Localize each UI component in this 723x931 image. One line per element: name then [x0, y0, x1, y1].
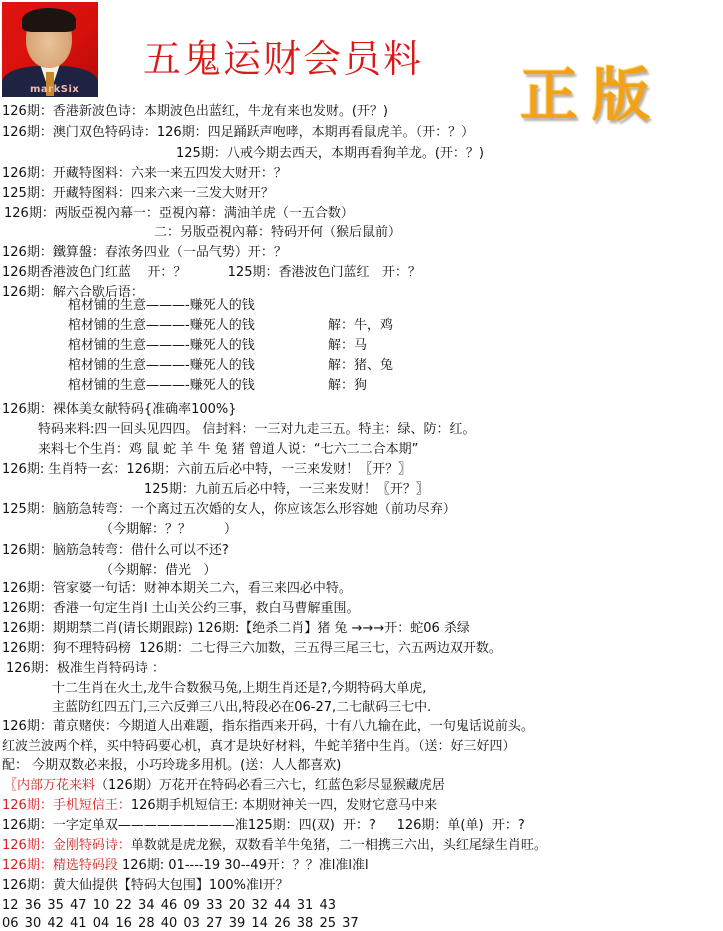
highlight-text: 单数就是虎龙猴，双数看羊牛兔猪，二一相携三六出，头红尾绿生肖旺。	[131, 838, 547, 853]
text-line: 二：另版亞視內幕：特码开何（猴后鼠前）	[154, 224, 401, 241]
text-line: （今期解：借光 ）	[100, 562, 216, 579]
photo-hair	[22, 8, 76, 32]
text-line: 125期：开藏特图料：四来六来一三发大财开？	[2, 185, 274, 202]
text-line: 主蓝防红四五门,三六反弹三八出,特段必在06-27,二七献码三七中.	[52, 699, 431, 716]
highlight-text: 126期：一字定单双—————————准125期：四(双) 开：? 126期：单…	[2, 818, 525, 833]
text-line: 126期：管家婆一句话：财神本期关二六，看三来四必中特。	[2, 580, 352, 597]
highlight-label: 126期：手机短信王：	[2, 798, 131, 813]
text-line: 来料七个生肖：鸡 鼠 蛇 羊 牛 兔 猪 曾道人说：“七六二二合本期”	[38, 441, 418, 458]
text-line: （今期解：？？ ）	[100, 521, 237, 538]
text-line: 126期：期期禁二肖(请长期跟踪) 126期:【绝杀二肖】猪 兔 →→→开：蛇0…	[2, 620, 470, 637]
riddle-phrase: 棺材铺的生意———-赚死人的钱	[68, 357, 255, 374]
text-line: 126期：鐵算盤：春浓务四业（一品气势）开：？	[2, 244, 287, 261]
portrait-photo: markSix	[2, 2, 98, 97]
text-line: 125期：八戒今期去西天，本期再看狗羊龙。(开：？)	[176, 145, 484, 162]
highlight-text: （126期）万花开在特码必看三六七，红蓝色彩尽显猴藏虎居	[95, 778, 445, 793]
riddle-answer: 解：猪、兔	[328, 357, 393, 374]
highlight-line: 126期：精选特码段 126期: 01----19 30--49开：？？准l准l…	[2, 857, 369, 874]
text-line: 126期：香港新波色诗：本期波色出蓝红，牛龙有来也发财。(开？)	[2, 103, 388, 120]
text-line: 红波兰波两个样，买中特码要心机，真才是块好材料，牛蛇羊猪中生肖。（送：好三好四）	[2, 738, 516, 755]
text-line: 126期：莆京赌侠：今期道人出难题，指东指西来开码，十有八九输在此，一句鬼话说前…	[2, 718, 534, 735]
text-line: 126期：开藏特图料：六来一来五四发大财开：？	[2, 165, 287, 182]
text-line: 126期：香港一句定生肖l 土山关公约三事，救白马曹解重围。	[2, 600, 360, 617]
number-row-2: 06 30 42 41 04 16 28 40 03 27 39 14 26 3…	[2, 915, 359, 931]
text-line: 十二生肖在火土,龙牛合数猴马兔,上期生肖还是?,今期特码大单虎,	[52, 680, 426, 697]
text-line: 125期：九前五后必中特，一三来发财！〖开？〗	[144, 481, 429, 498]
text-line: 126期：极准生肖特码诗 ：	[6, 660, 165, 677]
text-line: 126期: 生肖特一玄：126期：六前五后必中特，一三来发财！〖开？〗	[2, 461, 411, 478]
text-line: 126期：澳门双色特码诗：126期：四足踊跃声咆哮，本期再看鼠虎羊。（开：？）	[2, 124, 474, 141]
text-line: 特码来料:四一回头见四四。 信封料：一三对九走三五。特主：绿、防：红。	[38, 421, 476, 438]
highlight-text: 126期：黄大仙提供【特码大包围】100%准l开？	[2, 878, 289, 893]
highlight-line: 126期：金刚特码诗：单数就是虎龙猴，双数看羊牛兔猪，二一相携三六出，头红尾绿生…	[2, 837, 547, 854]
highlight-label: 126期：精选特码段	[2, 858, 118, 873]
number-row-1: 12 36 35 47 10 22 34 46 09 33 20 32 44 3…	[2, 897, 336, 914]
genuine-badge: 正版	[520, 48, 664, 132]
text-line: 126期：两版亞視內幕一：亞視內幕：满油羊虎（一五合数）	[4, 205, 354, 222]
riddle-phrase: 棺材铺的生意———-赚死人的钱	[68, 377, 255, 394]
riddle-phrase: 棺材铺的生意———-赚死人的钱	[68, 337, 255, 354]
photo-logo: markSix	[30, 84, 79, 95]
riddle-phrase: 棺材铺的生意———-赚死人的钱	[68, 297, 255, 314]
highlight-label: 126期：金刚特码诗：	[2, 838, 131, 853]
text-line: 125期：脑筋急转弯：一个离过五次婚的女人，你应该怎么形容她（前功尽弃）	[2, 501, 456, 518]
highlight-line: 126期：黄大仙提供【特码大包围】100%准l开？	[2, 877, 289, 894]
text-line: 126期：裸体美女献特码{准确率100%}	[2, 401, 237, 418]
page-title: 五鬼运财会员料	[143, 28, 423, 83]
highlight-label: 〖内部万花来料	[4, 778, 95, 793]
highlight-text: 126期: 01----19 30--49开：？？准l准l准l	[118, 858, 369, 873]
text-line: 126期：狗不理特码榜 126期：二七得三六加数，三五得三尾三七，六五两边双开数…	[2, 640, 502, 657]
highlight-text: 126期手机短信王: 本期财神关一四，发财它意马中来	[131, 798, 437, 813]
text-line: 配： 今期双数必来报，小巧玲珑多用机。(送：人人都喜欢)	[2, 757, 341, 774]
highlight-line: 〖内部万花来料（126期）万花开在特码必看三六七，红蓝色彩尽显猴藏虎居	[4, 777, 445, 794]
riddle-phrase: 棺材铺的生意———-赚死人的钱	[68, 317, 255, 334]
riddle-answer: 解：狗	[328, 377, 367, 394]
highlight-line: 126期：一字定单双—————————准125期：四(双) 开：? 126期：单…	[2, 817, 525, 834]
riddle-answer: 解：马	[328, 337, 367, 354]
text-line: 126期：脑筋急转弯：借什么可以不还?	[2, 542, 229, 559]
riddle-answer: 解：牛，鸡	[328, 317, 393, 334]
text-line: 126期香港波色门红蓝 开：？ 125期：香港波色门蓝红 开：？	[2, 264, 421, 281]
highlight-line: 126期：手机短信王：126期手机短信王: 本期财神关一四，发财它意马中来	[2, 797, 437, 814]
